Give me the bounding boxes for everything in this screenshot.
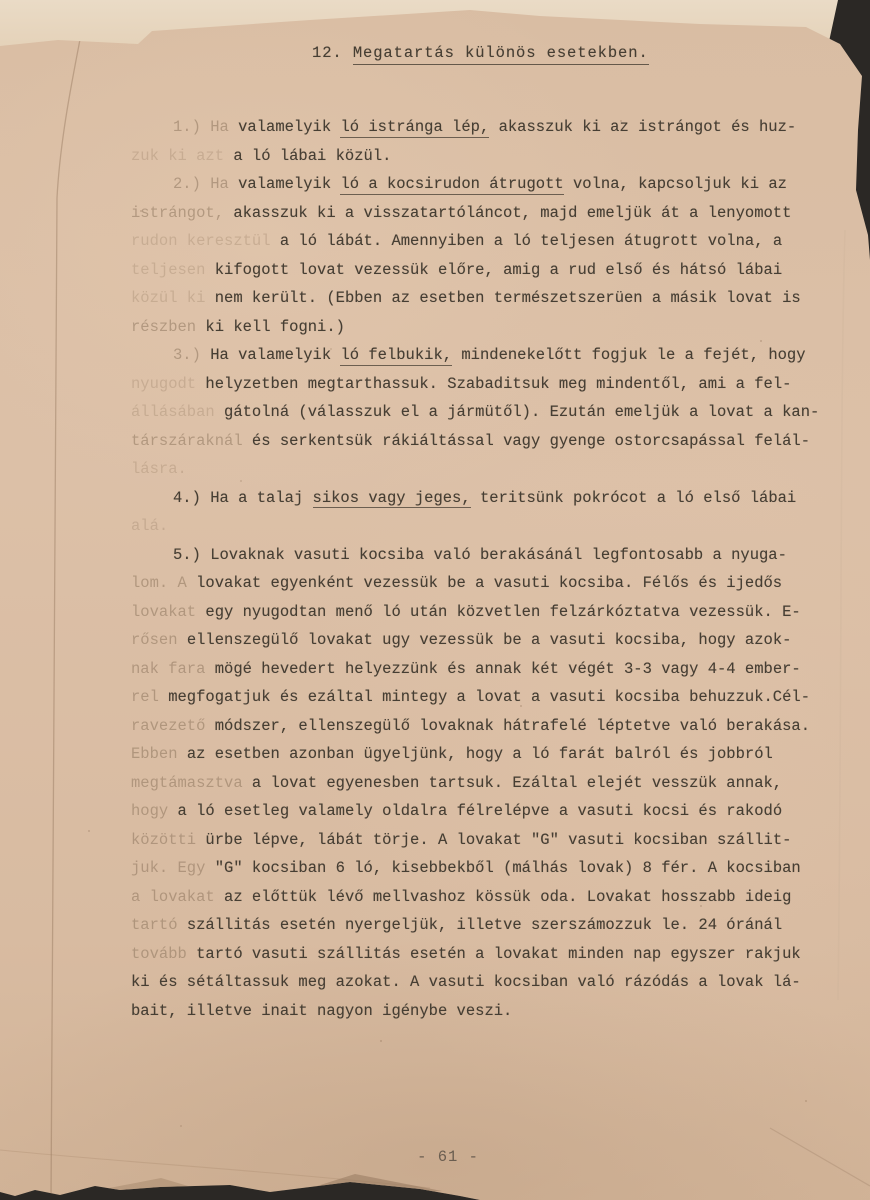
bottom-fold-shadow (292, 1174, 442, 1194)
text-segment: egy nyugodtan menő ló után közvetlen fel… (196, 603, 801, 621)
text-segment: tartó vasuti szállitás esetén a lovakat … (187, 945, 801, 963)
text-segment: lovakat egyenként vezessük be a vasuti k… (187, 574, 782, 592)
text-line: részben ki kell fogni.) (131, 313, 836, 342)
text-line: közötti ürbe lépve, lábát törje. A lovak… (131, 826, 836, 855)
faded-text: közül ki (131, 289, 205, 307)
section-number: 12. (312, 44, 353, 62)
faded-text: zuk ki azt (131, 147, 224, 165)
faded-text: társzáraknál (131, 432, 243, 450)
text-line: 5.) Lovaknak vasuti kocsiba való berakás… (131, 541, 836, 570)
text-segment: teritsünk pokrócot a ló első lábai (471, 489, 797, 507)
text-segment: ki és sétáltassuk meg azokat. A vasuti k… (131, 973, 801, 991)
text-line: megtámasztva a lovat egyenesben tartsuk.… (131, 769, 836, 798)
text-line: bait, illetve inait nagyon igénybe veszi… (131, 997, 836, 1026)
faded-text: részben (131, 318, 196, 336)
text-line: teljesen kifogott lovat vezessük előre, … (131, 256, 836, 285)
text-segment: és serkentsük rákiáltással vagy gyenge o… (243, 432, 810, 450)
faded-text: 3.) (173, 346, 201, 364)
faded-text: tovább (131, 945, 187, 963)
text-line: alá. (131, 512, 836, 541)
text-segment: mögé hevedert helyezzünk és annak két vé… (205, 660, 800, 678)
faded-text: rősen (131, 631, 178, 649)
page-number: - 61 - (0, 1148, 870, 1166)
underlined-phrase: ló a kocsirudon átrugott (340, 175, 563, 195)
section-title: Megatartás különös esetekben. (353, 44, 649, 65)
text-line: lásra. (131, 455, 836, 484)
faded-text: juk. Egy (131, 859, 205, 877)
scanned-document: 12. Megatartás különös esetekben. 1.) Ha… (0, 0, 870, 1200)
faded-text: lovakat (131, 603, 196, 621)
text-segment: bait, illetve inait nagyon igénybe veszi… (131, 1002, 512, 1020)
text-segment: ki kell fogni.) (196, 318, 345, 336)
text-segment: akasszuk ki az istrángot és huz- (489, 118, 796, 136)
text-segment: az esetben azonban ügyeljünk, hogy a ló … (178, 745, 773, 763)
text-line: rősen ellenszegülő lovakat ugy vezessük … (131, 626, 836, 655)
faded-text: rudon keresztül (131, 232, 271, 250)
text-segment: mindenekelőtt fogjuk le a fejét, hogy (452, 346, 805, 364)
faded-text: állásában (131, 403, 215, 421)
faded-text: hogy (131, 802, 168, 820)
faded-text: Ebben (131, 745, 178, 763)
text-segment: nem került. (Ebben az esetben természets… (205, 289, 800, 307)
text-line: 4.) Ha a talaj sikos vagy jeges, teritsü… (131, 484, 836, 513)
text-line: nak fara mögé hevedert helyezzünk és ann… (131, 655, 836, 684)
faded-text: megtámasztva (131, 774, 243, 792)
text-segment: a ló lábai közül. (224, 147, 391, 165)
text-line: juk. Egy "G" kocsiban 6 ló, kisebbekből … (131, 854, 836, 883)
section-heading: 12. Megatartás különös esetekben. (312, 44, 649, 62)
text-segment: gátolná (válasszuk el a jármütől). Ezutá… (215, 403, 820, 421)
text-segment: szállitás esetén nyergeljük, illetve sze… (178, 916, 783, 934)
text-segment: "G" kocsiban 6 ló, kisebbekből (málhás l… (205, 859, 800, 877)
underlined-phrase: sikos vagy jeges, (313, 489, 471, 509)
text-line: közül ki nem került. (Ebben az esetben t… (131, 284, 836, 313)
faded-text: rel (131, 688, 159, 706)
text-line: lom. A lovakat egyenként vezessük be a v… (131, 569, 836, 598)
text-segment: 5.) Lovaknak vasuti kocsiba való berakás… (173, 546, 787, 564)
faded-text: 1.) Ha (173, 118, 229, 136)
text-segment: az előttük lévő mellvashoz kössük oda. L… (215, 888, 792, 906)
text-line: rel megfogatjuk és ezáltal mintegy a lov… (131, 683, 836, 712)
text-line: zuk ki azt a ló lábai közül. (131, 142, 836, 171)
faded-text: lásra. (131, 460, 187, 478)
text-segment: volna, kapcsoljuk ki az (564, 175, 787, 193)
text-segment: módszer, ellenszegülő lovaknak hátrafelé… (205, 717, 810, 735)
text-segment: akasszuk ki a visszatartóláncot, majd em… (224, 204, 791, 222)
faded-text: teljesen (131, 261, 205, 279)
text-line: tovább tartó vasuti szállitás esetén a l… (131, 940, 836, 969)
faded-text: 2.) Ha (173, 175, 229, 193)
text-line: istrángot, akasszuk ki a visszatartólánc… (131, 199, 836, 228)
text-segment: Ha valamelyik (201, 346, 341, 364)
text-segment: a ló esetleg valamely oldalra félrelépve… (168, 802, 782, 820)
faded-text: lom. A (131, 574, 187, 592)
text-segment: helyzetben megtarthassuk. Szabaditsuk me… (196, 375, 791, 393)
faded-text: istrángot, (131, 204, 224, 222)
underlined-phrase: ló istránga lép, (340, 118, 489, 138)
text-line: tartó szállitás esetén nyergeljük, illet… (131, 911, 836, 940)
text-segment: valamelyik (229, 118, 341, 136)
text-line: Ebben az esetben azonban ügyeljünk, hogy… (131, 740, 836, 769)
faded-text: a lovakat (131, 888, 215, 906)
faded-text: alá. (131, 517, 168, 535)
text-line: 1.) Ha valamelyik ló istránga lép, akass… (131, 113, 836, 142)
faded-text: nyugodt (131, 375, 196, 393)
faded-text: ravezető (131, 717, 205, 735)
document-page: 12. Megatartás különös esetekben. 1.) Ha… (0, 0, 870, 1200)
text-segment: a ló lábát. Amennyiben a ló teljesen átu… (271, 232, 783, 250)
text-segment: kifogott lovat vezessük előre, amig a ru… (205, 261, 782, 279)
faded-text: tartó (131, 916, 178, 934)
text-line: nyugodt helyzetben megtarthassuk. Szabad… (131, 370, 836, 399)
text-segment: ellenszegülő lovakat ugy vezessük be a v… (178, 631, 792, 649)
text-line: 3.) Ha valamelyik ló felbukik, mindeneke… (131, 341, 836, 370)
text-segment: 4.) Ha a talaj (173, 489, 313, 507)
text-line: társzáraknál és serkentsük rákiáltással … (131, 427, 836, 456)
text-line: állásában gátolná (válasszuk el a jármüt… (131, 398, 836, 427)
text-line: 2.) Ha valamelyik ló a kocsirudon átrugo… (131, 170, 836, 199)
underlined-phrase: ló felbukik, (340, 346, 452, 366)
text-line: ki és sétáltassuk meg azokat. A vasuti k… (131, 968, 836, 997)
body-text: 1.) Ha valamelyik ló istránga lép, akass… (131, 113, 836, 1025)
bottom-fold-shadow-2 (95, 1178, 215, 1194)
text-segment: a lovat egyenesben tartsuk. Ezáltal elej… (243, 774, 783, 792)
text-line: ravezető módszer, ellenszegülő lovaknak … (131, 712, 836, 741)
faded-text: közötti (131, 831, 196, 849)
text-line: hogy a ló esetleg valamely oldalra félre… (131, 797, 836, 826)
faded-text: nak fara (131, 660, 205, 678)
text-line: a lovakat az előttük lévő mellvashoz kös… (131, 883, 836, 912)
text-segment: valamelyik (229, 175, 341, 193)
text-segment: megfogatjuk és ezáltal mintegy a lovat a… (159, 688, 810, 706)
text-line: rudon keresztül a ló lábát. Amennyiben a… (131, 227, 836, 256)
text-line: lovakat egy nyugodtan menő ló után közve… (131, 598, 836, 627)
text-segment: ürbe lépve, lábát törje. A lovakat "G" v… (196, 831, 791, 849)
